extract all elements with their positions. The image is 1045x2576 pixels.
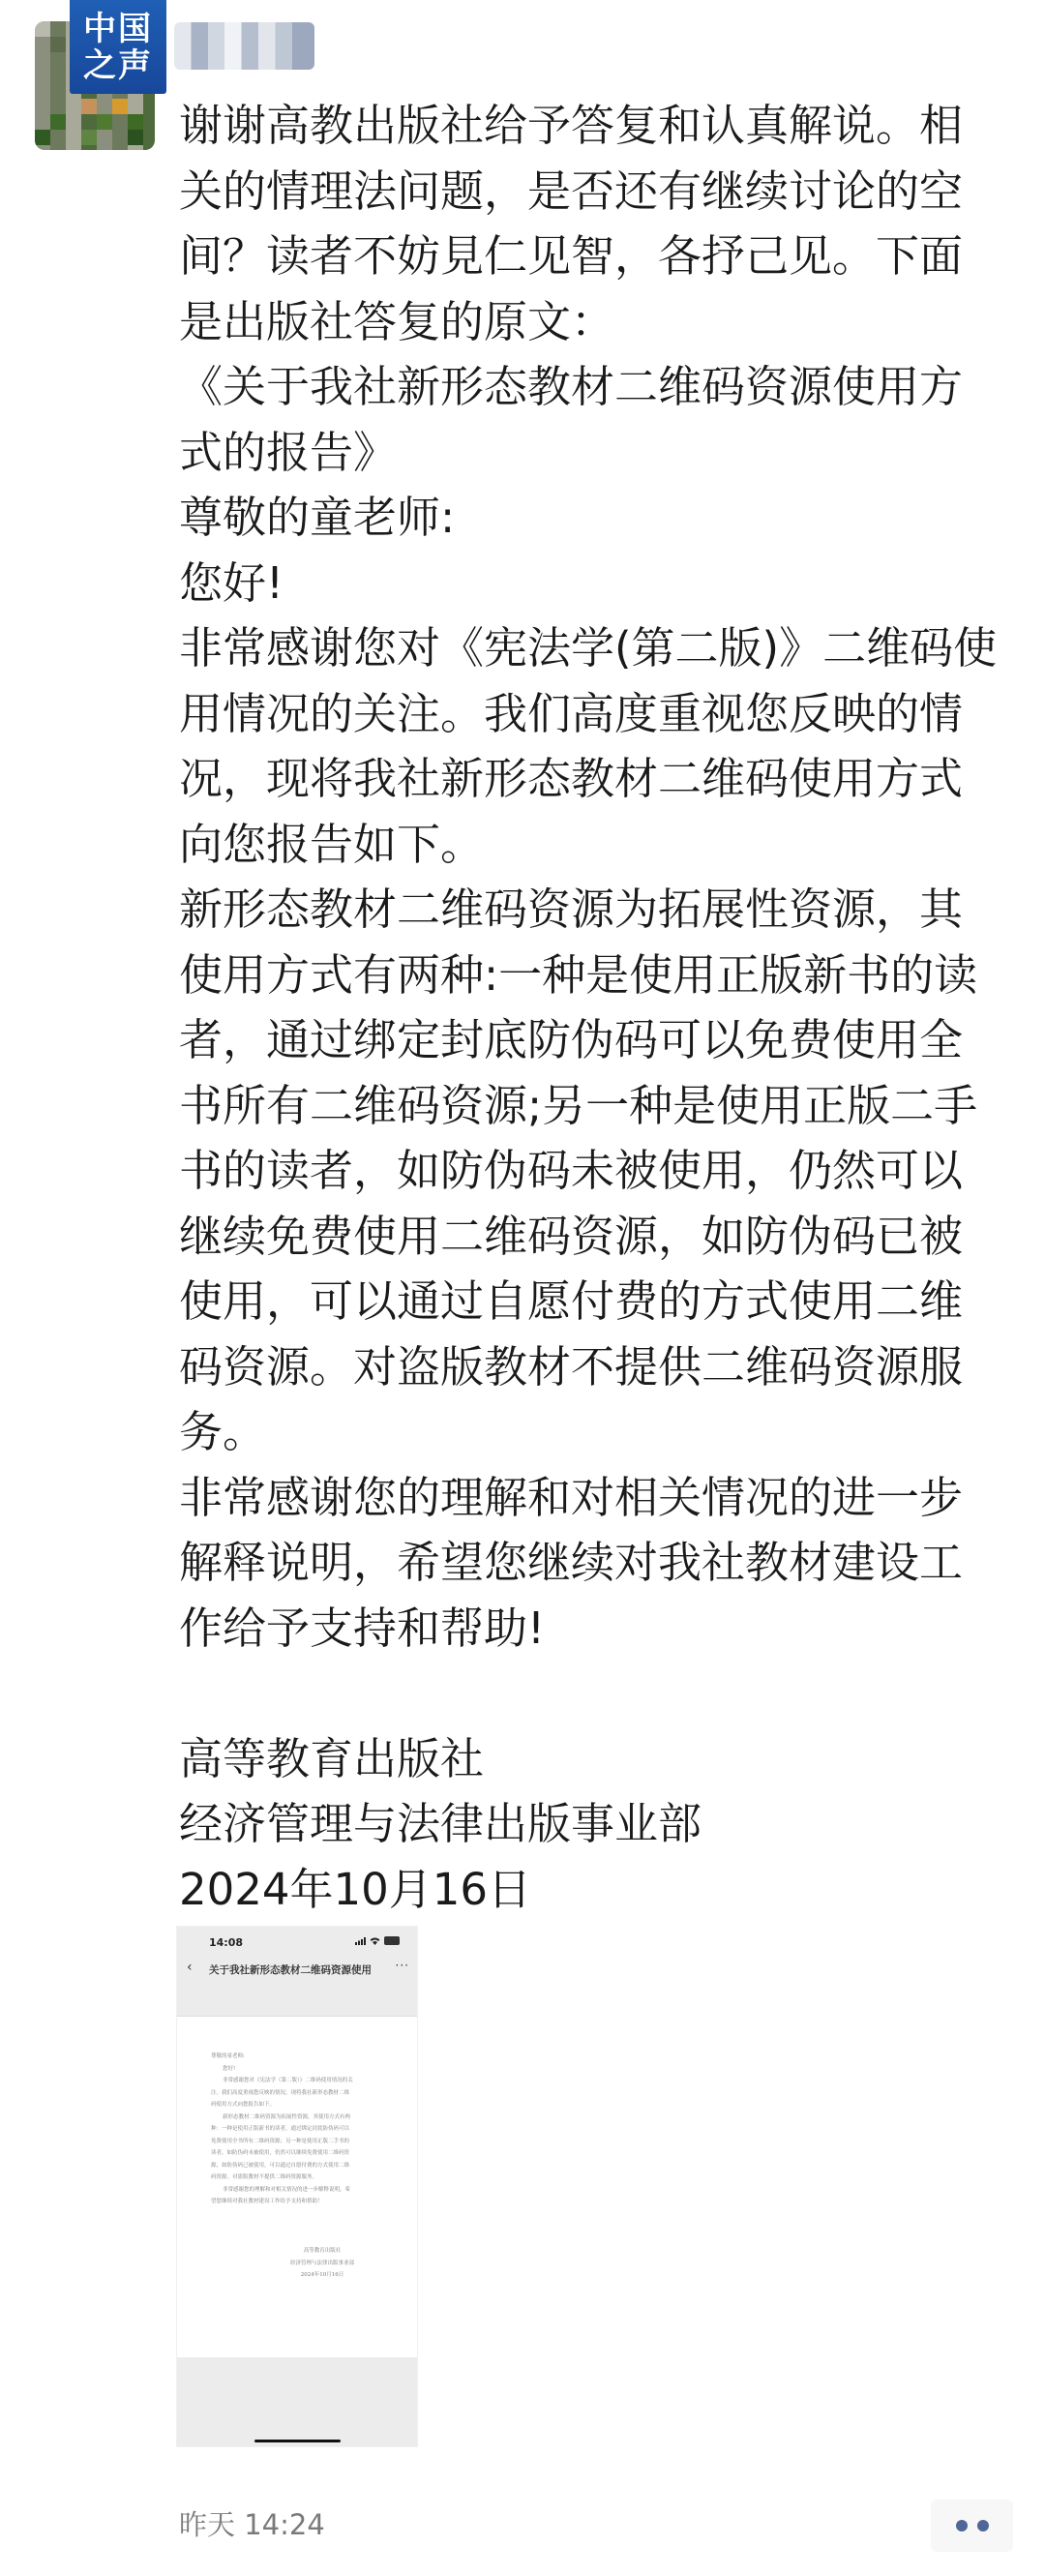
message-line: 书的读者，如防伪码未被使用，仍然可以 <box>179 1138 1030 1204</box>
signature-publisher: 高等教育出版社 <box>179 1726 1030 1792</box>
dot-icon <box>956 2520 968 2531</box>
message-line: 向您报告如下。 <box>179 812 1030 878</box>
doc-sig-line: 2024年10月16日 <box>254 2269 390 2282</box>
post-timestamp: 昨天 14:24 <box>179 2503 325 2543</box>
message-line: 非常感谢您对《宪法学(第二版)》二维码使 <box>179 615 1030 681</box>
message-line: 式的报告》 <box>179 420 1030 486</box>
message-line: 是出版社答复的原文： <box>179 289 1030 355</box>
message-line: 书所有二维码资源;另一种是使用正版二手 <box>179 1073 1030 1139</box>
message-line: 关的情理法问题，是否还有继续讨论的空 <box>179 159 1030 225</box>
screenshot-header: 14:08 ‹ 关于我社新形态教材二维码资源使用 ··· <box>177 1927 417 2017</box>
avatar-pixel <box>112 99 128 114</box>
screenshot-title: 关于我社新形态教材二维码资源使用 <box>209 1962 383 1977</box>
screenshot-document: 尊敬的童老师: 您好! 非常感谢您对《宪法学（第二版）》二维码使用情况的关 注。… <box>211 2051 390 2208</box>
logo-text-line1: 中国 <box>83 11 153 47</box>
message-line: 务。 <box>179 1399 1030 1465</box>
doc-line: 您好! <box>211 2063 390 2076</box>
author-name-blurred[interactable] <box>174 22 314 70</box>
screenshot-more-icon: ··· <box>396 1959 409 1972</box>
message-line: 者，通过绑定封底防伪码可以免费使用全 <box>179 1007 1030 1073</box>
screenshot-back-icon: ‹ <box>187 1960 193 1975</box>
doc-line: 尊敬的童老师: <box>211 2051 390 2063</box>
doc-line: 种：一种是使用正版新书的读者，通过绑定封底防伪码可以 <box>211 2123 390 2136</box>
message-line: 用情况的关注。我们高度重视您反映的情 <box>179 681 1030 747</box>
avatar-pixel <box>50 37 66 52</box>
message-line: 新形态教材二维码资源为拓展性资源，其 <box>179 877 1030 943</box>
message-line: 解释说明，希望您继续对我社教材建设工 <box>179 1530 1030 1596</box>
more-options-button[interactable] <box>931 2500 1013 2552</box>
doc-sig-line: 经济管理与法律出版事业部 <box>254 2258 390 2270</box>
avatar-pixel <box>81 99 97 114</box>
message-body: 谢谢高教出版社给予答复和认真解说。相 关的情理法问题，是否还有继续讨论的空 间？… <box>179 93 1030 1922</box>
screenshot-signature: 高等教育出版社 经济管理与法律出版事业部 2024年10月16日 <box>254 2245 390 2282</box>
message-line: 使用方式有两种:一种是使用正版新书的读 <box>179 943 1030 1008</box>
avatar-pixel <box>35 130 50 145</box>
doc-line: 非常感谢您的理解和对相关情况的进一步解释说明，希 <box>211 2184 390 2197</box>
china-voice-logo: 中国 之声 <box>70 0 166 94</box>
doc-line: 免费使用全书所有二维码资源；另一种是使用正版二手书的 <box>211 2136 390 2148</box>
avatar-pixel <box>35 21 50 37</box>
message-line: 《关于我社新形态教材二维码资源使用方 <box>179 354 1030 420</box>
avatar-pixel <box>81 130 97 145</box>
signature-date: 2024年10月16日 <box>179 1857 1030 1923</box>
doc-sig-line: 高等教育出版社 <box>254 2245 390 2258</box>
message-line: 继续免费使用二维码资源，如防伪码已被 <box>179 1204 1030 1270</box>
avatar-pixel <box>128 114 143 130</box>
doc-line: 源，如防伪码已被使用，可以通过自愿付费的方式使用二维 <box>211 2160 390 2172</box>
screenshot-status-icons <box>355 1936 400 1945</box>
attached-screenshot-image[interactable]: 14:08 ‹ 关于我社新形态教材二维码资源使用 ··· 尊敬的童老师: 您好!… <box>177 1927 417 2446</box>
screenshot-footer <box>177 2357 417 2446</box>
wifi-icon <box>370 1937 380 1945</box>
battery-icon <box>384 1936 400 1945</box>
avatar-pixel <box>128 130 143 145</box>
message-line: 使用，可以通过自愿付费的方式使用二维 <box>179 1269 1030 1334</box>
signal-icon <box>355 1937 366 1945</box>
logo-text-line2: 之声 <box>83 47 153 84</box>
message-line: 谢谢高教出版社给予答复和认真解说。相 <box>179 93 1030 159</box>
home-indicator <box>254 2440 341 2442</box>
screenshot-status-time: 14:08 <box>209 1936 243 1949</box>
doc-line: 新形态教材二维码资源为拓展性资源，其使用方式有两 <box>211 2112 390 2124</box>
message-line: 作给予支持和帮助! <box>179 1596 1030 1662</box>
message-line: 况，现将我社新形态教材二维码使用方式 <box>179 746 1030 812</box>
message-line: 码资源。对盗版教材不提供二维码资源服 <box>179 1334 1030 1400</box>
doc-line: 读者，如防伪码未被使用，仍然可以继续免费使用二维码资 <box>211 2147 390 2160</box>
dot-icon <box>977 2520 989 2531</box>
message-line: 您好! <box>179 551 1030 616</box>
message-line: 间？读者不妨見仁见智，各抒己见。下面 <box>179 224 1030 289</box>
avatar-pixel <box>97 114 112 130</box>
doc-line: 非常感谢您对《宪法学（第二版）》二维码使用情况的关 <box>211 2075 390 2087</box>
avatar-pixel <box>50 114 66 130</box>
doc-line: 码使用方式向您报告如下。 <box>211 2099 390 2112</box>
message-line: 尊敬的童老师: <box>179 485 1030 551</box>
doc-line: 望您继续对我社教材建设工作给予支持和帮助！ <box>211 2196 390 2208</box>
message-line: 非常感谢您的理解和对相关情况的进一步 <box>179 1465 1030 1531</box>
message-line-blank <box>179 1661 1030 1726</box>
doc-line: 码资源。对盗版教材不提供二维码资源服务。 <box>211 2172 390 2184</box>
doc-line: 注。我们高度重视您反映的情况，现将我社新形态教材二维 <box>211 2087 390 2100</box>
signature-department: 经济管理与法律出版事业部 <box>179 1791 1030 1857</box>
